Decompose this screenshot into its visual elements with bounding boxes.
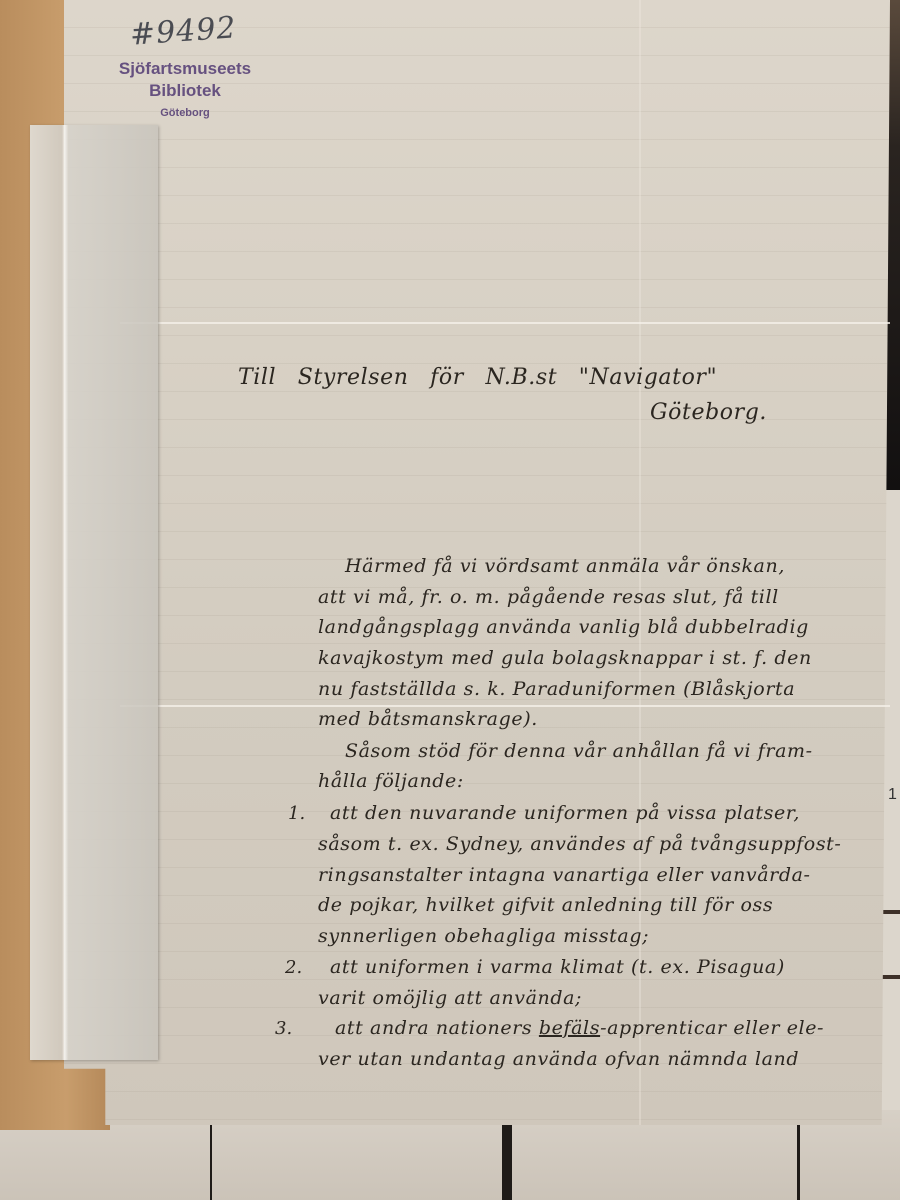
body-line: varit omöjlig att använda; (318, 987, 582, 1009)
underlined-word: befäls (539, 1017, 600, 1039)
body-line: att vi må, fr. o. m. pågående resas slut… (318, 586, 779, 608)
fold-crease (120, 705, 890, 707)
list-marker: 3. (275, 1018, 292, 1039)
body-line: med båtsmanskrage). (318, 708, 538, 730)
stack-numeral: 1 (888, 786, 897, 804)
body-line: kavajkostym med gula bolagsknappar i st.… (318, 647, 812, 669)
hinge-tape (30, 125, 158, 1060)
stamp-line: Bibliotek (105, 80, 265, 102)
body-line: att andra nationers befäls-apprenticar e… (335, 1017, 824, 1039)
body-line: de pojkar, hvilket gifvit anledning till… (318, 894, 773, 916)
body-line: Härmed få vi vördsamt anmäla vår önskan, (345, 555, 785, 577)
body-line: såsom t. ex. Sydney, användes af på tvån… (318, 833, 841, 855)
document-photo: 1 #9492 Sjöfartsmuseets Bibliotek Götebo… (0, 0, 900, 1200)
list-marker: 2. (285, 957, 302, 978)
body-text: -apprenticar eller ele- (600, 1017, 824, 1039)
list-marker: 1. (288, 803, 305, 824)
library-stamp: Sjöfartsmuseets Bibliotek Göteborg (105, 58, 265, 122)
address-recipient: Till Styrelsen för N.B.st "Navigator" (238, 365, 717, 390)
catalog-number: #9492 (129, 10, 238, 52)
body-line: ringsanstalter intagna vanartiga eller v… (318, 864, 811, 886)
body-line: nu fastställda s. k. Paraduniformen (Blå… (318, 678, 795, 700)
body-line: Såsom stöd för denna vår anhållan få vi … (345, 740, 813, 762)
body-text: att andra nationers (335, 1017, 539, 1039)
fold-crease (120, 322, 890, 324)
stamp-line: Göteborg (105, 104, 265, 122)
address-city: Göteborg. (650, 400, 767, 425)
stamp-line: Sjöfartsmuseets (105, 58, 265, 80)
body-line: att den nuvarande uniformen på vissa pla… (330, 802, 800, 824)
body-line: hålla följande: (318, 770, 464, 792)
body-line: att uniformen i varma klimat (t. ex. Pis… (330, 956, 785, 978)
body-line: landgångsplagg använda vanlig blå dubbel… (318, 616, 809, 638)
body-line: ver utan undantag använda ofvan nämnda l… (318, 1048, 799, 1070)
body-line: synnerligen obehagliga misstag; (318, 925, 649, 947)
